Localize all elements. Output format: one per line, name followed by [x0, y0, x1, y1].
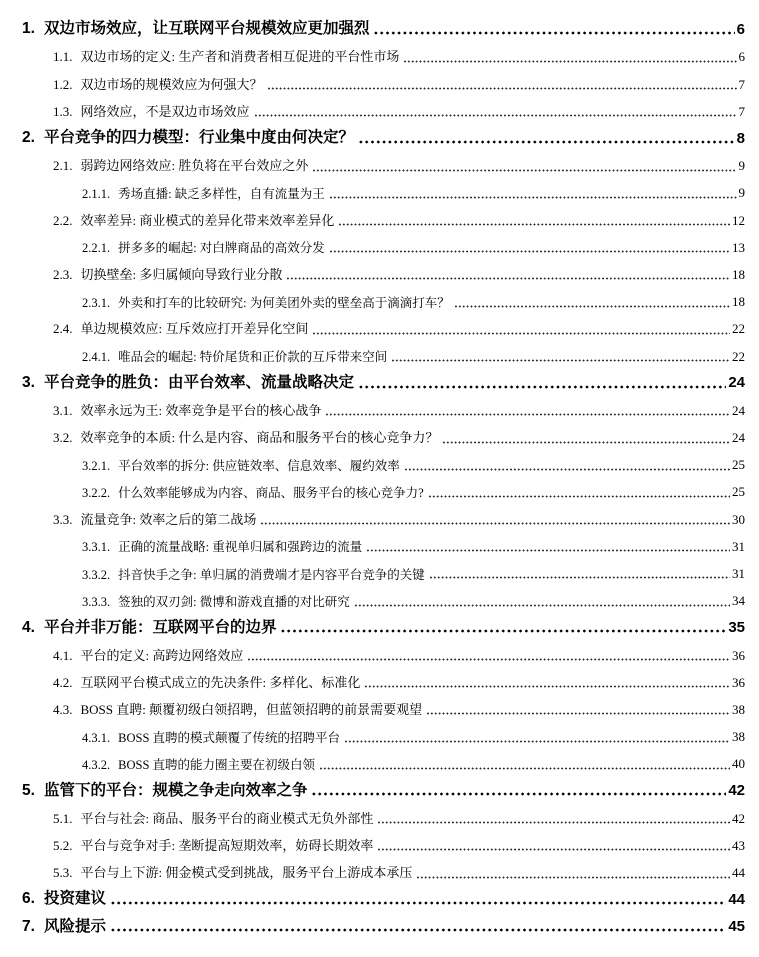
toc-entry[interactable]: 5.1.平台与社会: 商品、服务平台的商业模式无负外部性42 [0, 799, 745, 826]
toc-entry-page: 45 [728, 918, 745, 935]
toc-entry[interactable]: 4.3.1.BOSS 直聘的模式颠覆了传统的招聘平台38 [0, 718, 745, 745]
toc-entry-page: 6 [739, 50, 746, 65]
toc-entry-number: 5. [22, 782, 35, 800]
toc-entry-page: 43 [732, 839, 745, 854]
toc-leader-dots [267, 87, 737, 90]
toc-leader-dots [377, 821, 730, 824]
toc-leader-dots [366, 549, 730, 552]
toc-entry-page: 38 [732, 703, 745, 718]
toc-entry-title: 效率竞争的本质: 什么是内容、商品和服务平台的核心竞争力？ [81, 431, 439, 446]
toc-entry-page: 24 [728, 374, 745, 391]
toc-leader-dots [110, 901, 726, 905]
toc-leader-dots [354, 604, 730, 607]
toc-leader-dots [286, 277, 730, 280]
toc-entry-title: 双边市场的定义: 生产者和消费者相互促进的平台性市场 [81, 50, 400, 65]
toc-entry-number: 2.4.1. [82, 350, 110, 364]
toc-entry-number: 3.2. [53, 431, 73, 446]
toc-leader-dots [391, 359, 730, 362]
toc-entry-number: 4.1. [53, 649, 73, 664]
toc-leader-dots [403, 60, 736, 63]
toc-entry-number: 4.3.1. [82, 731, 110, 745]
toc-entry[interactable]: 5.2.平台与竞争对手: 垄断提高短期效率，妨碍长期效率43 [0, 827, 745, 854]
toc-entry-title: BOSS 直聘: 颠覆初级白领招聘，但蓝领招聘的前景需要观望 [81, 703, 423, 718]
toc-entry-page: 35 [728, 619, 745, 636]
toc-entry[interactable]: 2.3.1.外卖和打车的比较研究: 为何美团外卖的壁垒高于滴滴打车？18 [0, 283, 745, 310]
toc-entry[interactable]: 4.1.平台的定义: 高跨边网络效应36 [0, 636, 745, 663]
toc-entry[interactable]: 2.1.弱跨边网络效应: 胜负将在平台效应之外9 [0, 147, 745, 174]
toc-entry-title: 抖音快手之争: 单归属的消费端才是内容平台竞争的关键 [118, 568, 425, 582]
toc-entry-title: 风险提示 [44, 918, 106, 936]
toc-leader-dots [329, 196, 737, 199]
toc-entry-number: 3.3.1. [82, 540, 110, 554]
toc-leader-dots [404, 468, 730, 471]
toc-entry-title: 平台效率的拆分: 供应链效率、信息效率、履约效率 [118, 459, 400, 473]
toc-leader-dots [426, 712, 730, 715]
toc-entry-title: 平台竞争的胜负：由平台效率、流量战略决定 [44, 374, 354, 392]
toc-entry-page: 30 [732, 513, 745, 528]
toc-entry-page: 18 [732, 268, 745, 283]
toc-entry-page: 34 [732, 594, 745, 609]
toc-leader-dots [312, 169, 736, 172]
toc-entry[interactable]: 3.2.效率竞争的本质: 什么是内容、商品和服务平台的核心竞争力？24 [0, 419, 745, 446]
toc-entry[interactable]: 3.平台竞争的胜负：由平台效率、流量战略决定24 [0, 364, 745, 391]
toc-entry[interactable]: 1.双边市场效应，让互联网平台规模效应更加强烈6 [0, 11, 745, 38]
toc-entry[interactable]: 3.3.1.正确的流量战略: 重视单归属和强跨边的流量31 [0, 528, 745, 555]
toc-entry-number: 2.2. [53, 214, 73, 229]
toc-entry-page: 22 [732, 350, 745, 365]
toc-leader-dots [319, 767, 730, 770]
toc-leader-dots [373, 31, 734, 35]
toc-entry[interactable]: 1.1.双边市场的定义: 生产者和消费者相互促进的平台性市场6 [0, 38, 745, 65]
toc-entry[interactable]: 4.平台并非万能：互联网平台的边界35 [0, 609, 745, 636]
toc-entry-number: 1.3. [53, 105, 73, 120]
toc-leader-dots [454, 305, 730, 308]
toc-leader-dots [416, 876, 730, 879]
toc-entry-page: 9 [739, 159, 746, 174]
toc-entry-page: 24 [732, 404, 745, 419]
toc-entry-title: BOSS 直聘的能力圈主要在初级白领 [118, 758, 315, 772]
toc-entry-page: 42 [732, 812, 745, 827]
toc-entry-title: 弱跨边网络效应: 胜负将在平台效应之外 [81, 159, 309, 174]
toc-entry-title: 平台并非万能：互联网平台的边界 [44, 619, 277, 637]
toc-entry-page: 36 [732, 676, 745, 691]
toc-entry-title: 平台与上下游: 佣金模式受到挑战，服务平台上游成本承压 [81, 866, 413, 881]
toc-entry-page: 12 [732, 214, 745, 229]
toc-entry[interactable]: 2.4.单边规模效应: 互斥效应打开差异化空间22 [0, 310, 745, 337]
toc-entry-number: 4.2. [53, 676, 73, 691]
toc-entry-title: 平台与竞争对手: 垄断提高短期效率，妨碍长期效率 [81, 839, 374, 854]
toc-entry[interactable]: 4.2.互联网平台模式成立的先决条件: 多样化、标准化36 [0, 664, 745, 691]
toc-entry-page: 7 [739, 105, 746, 120]
toc-entry[interactable]: 2.1.1.秀场直播: 缺乏多样性，自有流量为王9 [0, 174, 745, 201]
toc-leader-dots [247, 658, 730, 661]
toc-entry[interactable]: 2.2.效率差异: 商业模式的差异化带来效率差异化12 [0, 201, 745, 228]
toc-entry[interactable]: 2.2.1.拼多多的崛起: 对白牌商品的高效分发13 [0, 229, 745, 256]
toc-leader-dots [442, 441, 730, 444]
toc-entry-page: 31 [732, 540, 745, 555]
toc-entry-number: 2. [22, 129, 35, 147]
toc-entry[interactable]: 7.风险提示45 [0, 908, 745, 935]
toc-list: 1.双边市场效应，让互联网平台规模效应更加强烈61.1.双边市场的定义: 生产者… [0, 11, 745, 935]
toc-leader-dots [110, 928, 726, 932]
toc-leader-dots [311, 792, 726, 796]
toc-entry-title: 正确的流量战略: 重视单归属和强跨边的流量 [118, 540, 362, 554]
toc-entry-number: 2.3. [53, 268, 73, 283]
toc-entry[interactable]: 4.3.BOSS 直聘: 颠覆初级白领招聘，但蓝领招聘的前景需要观望38 [0, 691, 745, 718]
toc-leader-dots [344, 740, 730, 743]
toc-entry-title: 平台竞争的四力模型：行业集中度由何决定？ [44, 129, 354, 147]
toc-entry-page: 25 [732, 458, 745, 473]
toc-entry-title: 双边市场的规模效应为何强大？ [81, 78, 263, 93]
toc-entry-page: 22 [732, 322, 745, 337]
toc-entry-page: 40 [732, 757, 745, 772]
toc-entry-title: 秀场直播: 缺乏多样性，自有流量为王 [118, 187, 325, 201]
toc-entry-page: 36 [732, 649, 745, 664]
toc-entry[interactable]: 3.3.流量竞争: 效率之后的第二战场30 [0, 500, 745, 527]
toc-entry-page: 42 [728, 782, 745, 799]
toc-entry-title: 平台与社会: 商品、服务平台的商业模式无负外部性 [81, 812, 374, 827]
toc-entry-page: 44 [728, 891, 745, 908]
toc-entry[interactable]: 3.2.2.什么效率能够成为内容、商品、服务平台的核心竞争力?25 [0, 473, 745, 500]
toc-entry[interactable]: 1.3.网络效应，不是双边市场效应7 [0, 93, 745, 120]
toc-entry[interactable]: 3.3.2.抖音快手之争: 单归属的消费端才是内容平台竞争的关键31 [0, 555, 745, 582]
toc-entry-number: 1. [22, 20, 35, 38]
toc-entry-title: 网络效应，不是双边市场效应 [81, 105, 250, 120]
toc-leader-dots [358, 140, 735, 144]
toc-entry[interactable]: 3.1.效率永远为王: 效率竞争是平台的核心战争24 [0, 392, 745, 419]
toc-entry-title: 唯品会的崛起: 特价尾货和正价款的互斥带来空间 [118, 350, 387, 364]
toc-entry-number: 6. [22, 890, 35, 908]
toc-leader-dots [260, 522, 730, 525]
toc-entry-title: 流量竞争: 效率之后的第二战场 [81, 513, 257, 528]
toc-entry-title: 平台的定义: 高跨边网络效应 [81, 649, 244, 664]
toc-entry-title: 拼多多的崛起: 对白牌商品的高效分发 [118, 241, 325, 255]
toc-entry-title: 效率永远为王: 效率竞争是平台的核心战争 [81, 404, 322, 419]
toc-entry-number: 4. [22, 619, 35, 637]
toc-leader-dots [377, 848, 730, 851]
toc-entry-page: 24 [732, 431, 745, 446]
toc-entry-number: 4.3.2. [82, 758, 110, 772]
toc-entry-title: BOSS 直聘的模式颠覆了传统的招聘平台 [118, 731, 340, 745]
table-of-contents-page: 1.双边市场效应，让互联网平台规模效应更加强烈61.1.双边市场的定义: 生产者… [0, 0, 759, 957]
toc-leader-dots [429, 576, 730, 579]
toc-entry-number: 2.2.1. [82, 241, 110, 255]
toc-leader-dots [312, 332, 730, 335]
toc-entry-page: 13 [732, 241, 745, 256]
toc-entry[interactable]: 3.2.1.平台效率的拆分: 供应链效率、信息效率、履约效率25 [0, 446, 745, 473]
toc-leader-dots [280, 629, 726, 633]
toc-entry-number: 3.3.3. [82, 595, 110, 609]
toc-entry-number: 3.3. [53, 513, 73, 528]
toc-entry-number: 3.3.2. [82, 568, 110, 582]
toc-entry-page: 8 [737, 130, 745, 147]
toc-entry-number: 3.2.2. [82, 486, 110, 500]
toc-entry-title: 切换壁垒: 多归属倾向导致行业分散 [81, 268, 283, 283]
toc-entry-page: 25 [732, 485, 745, 500]
toc-entry-number: 5.2. [53, 839, 73, 854]
toc-entry[interactable]: 5.监管下的平台：规模之争走向效率之争42 [0, 772, 745, 799]
toc-leader-dots [338, 223, 730, 226]
toc-entry-title: 互联网平台模式成立的先决条件: 多样化、标准化 [81, 676, 361, 691]
toc-leader-dots [325, 413, 730, 416]
toc-entry-number: 2.1. [53, 159, 73, 174]
toc-entry-title: 投资建议 [44, 890, 106, 908]
toc-leader-dots [358, 385, 726, 389]
toc-entry-title: 什么效率能够成为内容、商品、服务平台的核心竞争力? [118, 486, 424, 500]
toc-entry[interactable]: 6.投资建议44 [0, 881, 745, 908]
toc-leader-dots [329, 250, 730, 253]
toc-entry-page: 31 [732, 567, 745, 582]
toc-entry-title: 效率差异: 商业模式的差异化带来效率差异化 [81, 214, 335, 229]
toc-entry-title: 签独的双刃剑: 微博和游戏直播的对比研究 [118, 595, 350, 609]
toc-leader-dots [254, 114, 737, 117]
toc-leader-dots [428, 495, 730, 498]
toc-entry[interactable]: 2.3.切换壁垒: 多归属倾向导致行业分散18 [0, 256, 745, 283]
toc-entry[interactable]: 2.平台竞争的四力模型：行业集中度由何决定？8 [0, 120, 745, 147]
toc-entry-number: 1.1. [53, 50, 73, 65]
toc-entry-number: 5.3. [53, 866, 73, 881]
toc-entry-number: 2.1.1. [82, 187, 110, 201]
toc-entry-number: 3.1. [53, 404, 73, 419]
toc-entry-title: 外卖和打车的比较研究: 为何美团外卖的壁垒高于滴滴打车？ [118, 296, 450, 310]
toc-entry-number: 2.3.1. [82, 296, 110, 310]
toc-entry-page: 18 [732, 295, 745, 310]
toc-entry-title: 监管下的平台：规模之争走向效率之争 [44, 782, 308, 800]
toc-entry-number: 4.3. [53, 703, 73, 718]
toc-entry-number: 3.2.1. [82, 459, 110, 473]
toc-entry-number: 5.1. [53, 812, 73, 827]
toc-entry[interactable]: 3.3.3.签独的双刃剑: 微博和游戏直播的对比研究34 [0, 582, 745, 609]
toc-entry[interactable]: 1.2.双边市场的规模效应为何强大？7 [0, 65, 745, 92]
toc-entry[interactable]: 2.4.1.唯品会的崛起: 特价尾货和正价款的互斥带来空间22 [0, 337, 745, 364]
toc-entry-page: 38 [732, 730, 745, 745]
toc-entry-page: 9 [739, 186, 746, 201]
toc-entry-number: 7. [22, 918, 35, 936]
toc-leader-dots [364, 685, 730, 688]
toc-entry-number: 2.4. [53, 322, 73, 337]
toc-entry-title: 单边规模效应: 互斥效应打开差异化空间 [81, 322, 309, 337]
toc-entry-page: 44 [732, 866, 745, 881]
toc-entry-number: 3. [22, 374, 35, 392]
toc-entry-title: 双边市场效应，让互联网平台规模效应更加强烈 [44, 20, 370, 38]
toc-entry-page: 6 [737, 21, 745, 38]
toc-entry[interactable]: 4.3.2.BOSS 直聘的能力圈主要在初级白领40 [0, 745, 745, 772]
toc-entry-number: 1.2. [53, 78, 73, 93]
toc-entry[interactable]: 5.3.平台与上下游: 佣金模式受到挑战，服务平台上游成本承压44 [0, 854, 745, 881]
toc-entry-page: 7 [739, 78, 746, 93]
